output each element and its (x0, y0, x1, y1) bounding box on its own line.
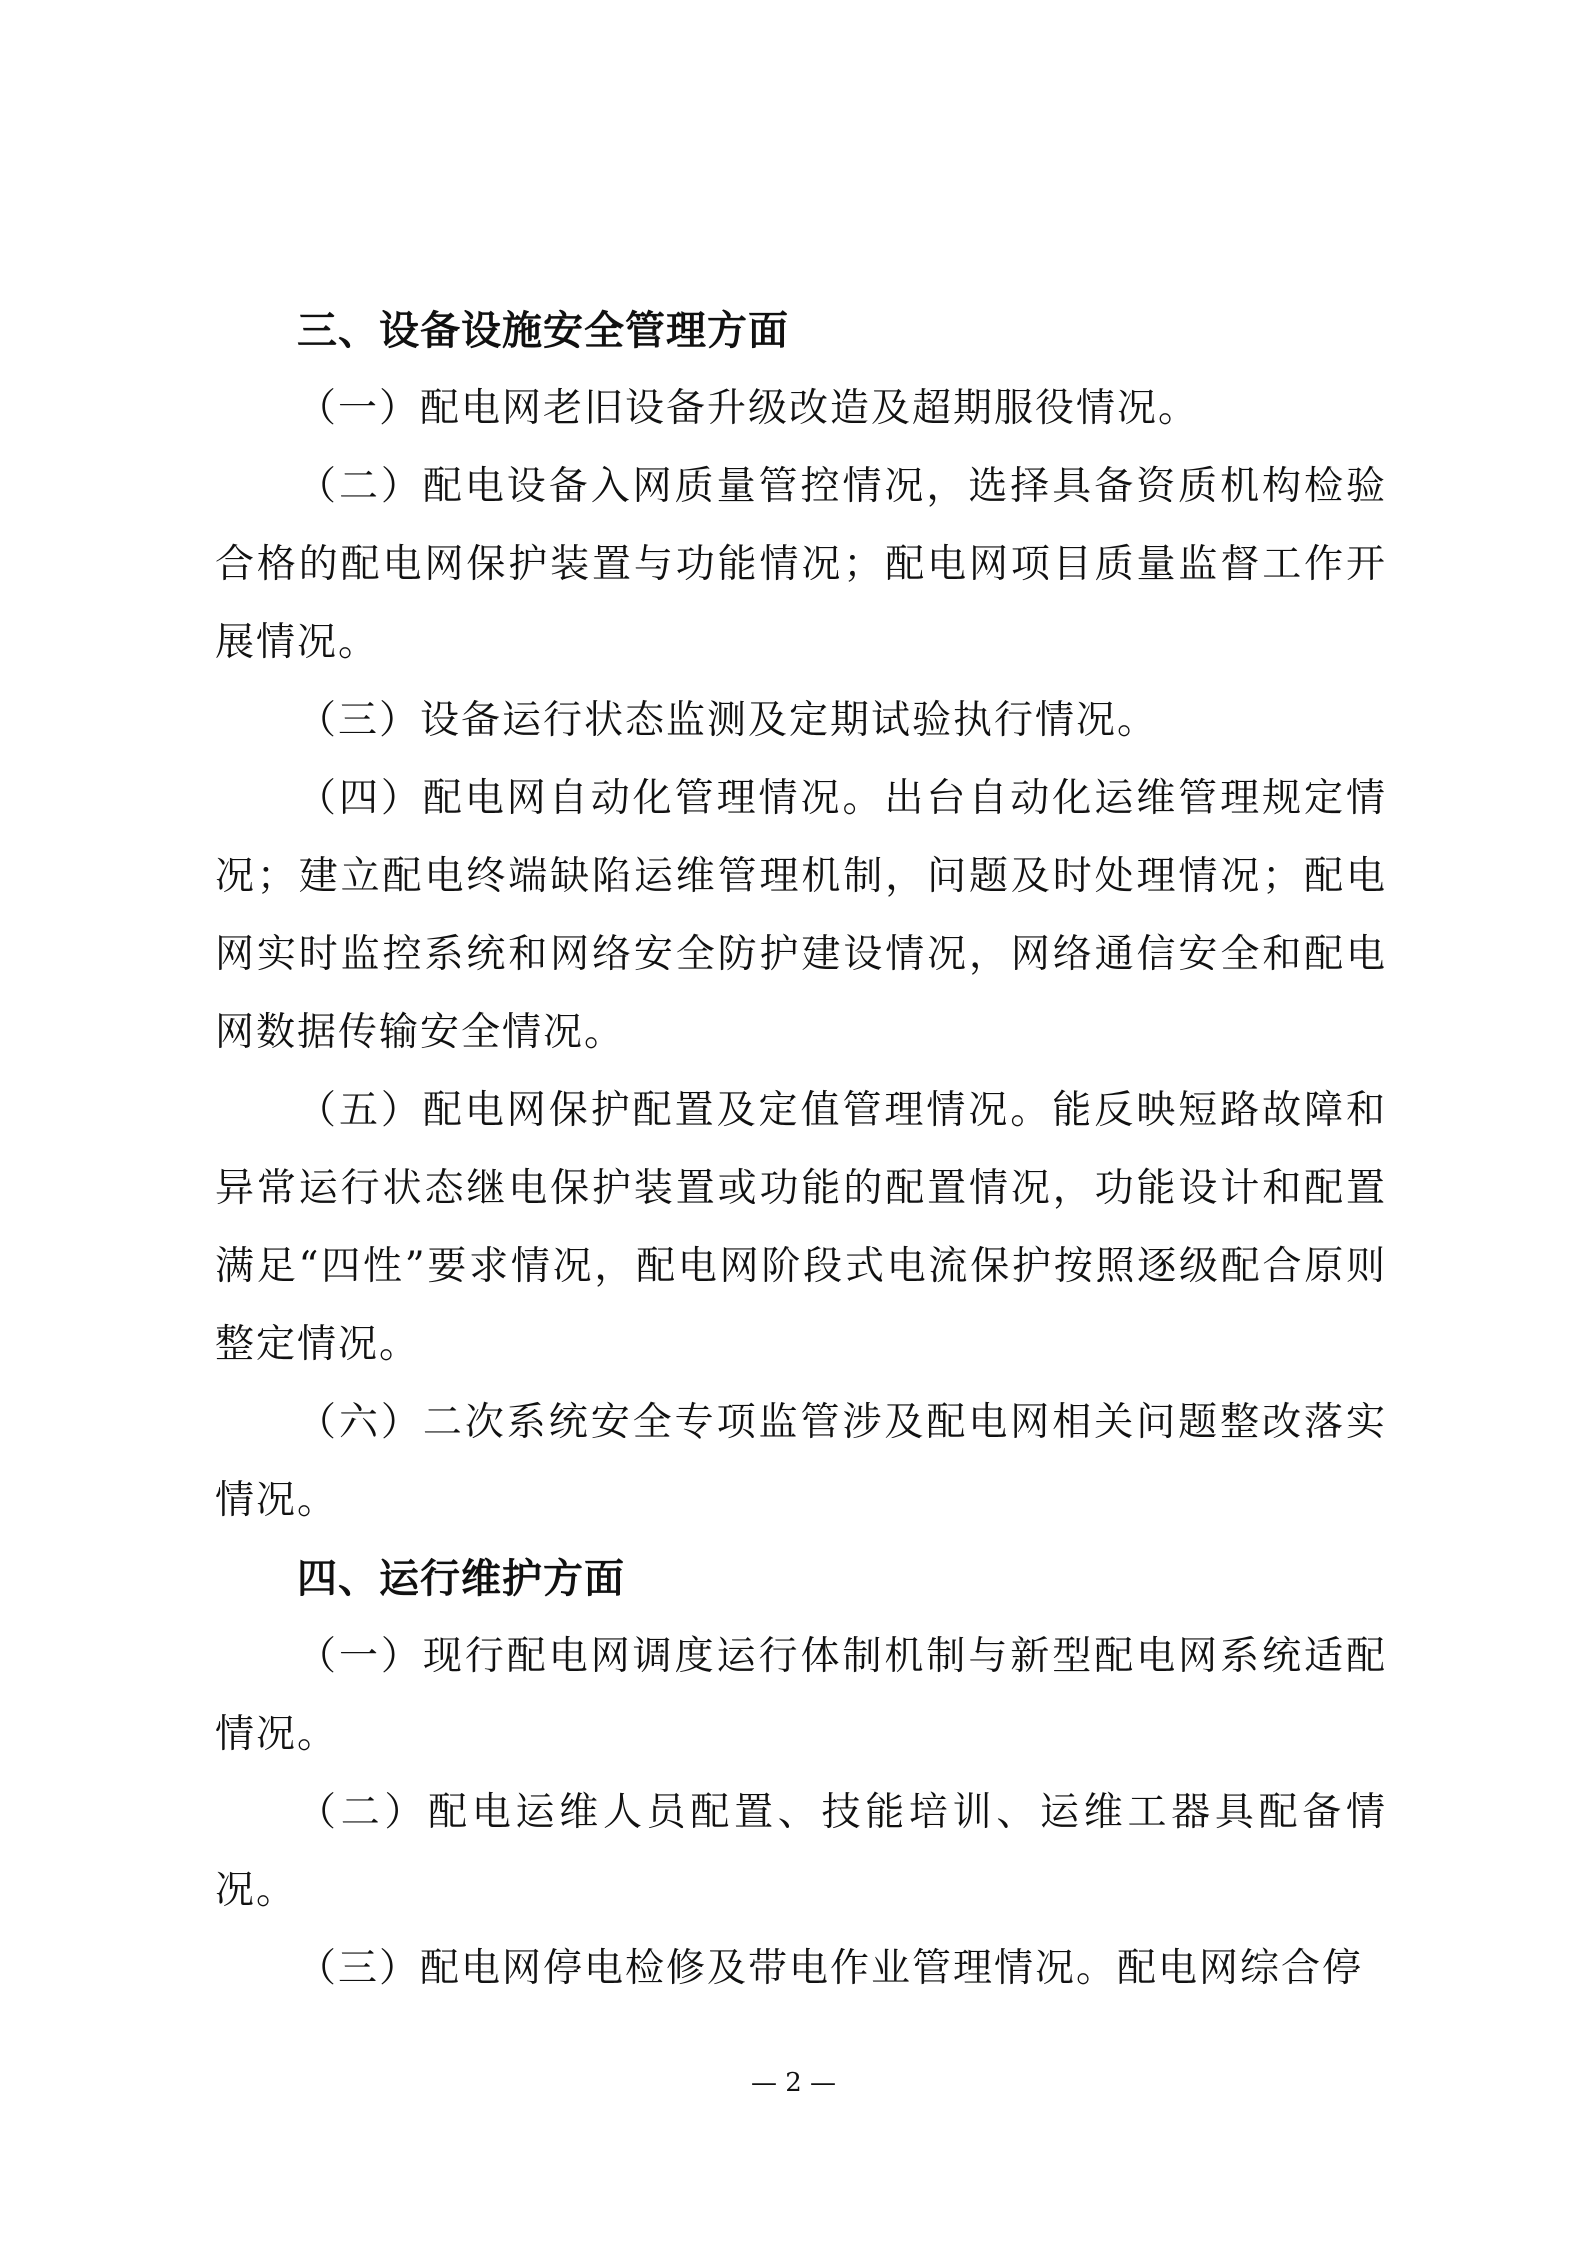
document-page: 三、设备设施安全管理方面 （一）配电网老旧设备升级改造及超期服役情况。 （二）配… (215, 292, 1387, 2008)
paragraph-item-5: （五）配电网保护配置及定值管理情况。能反映短路故障和异常运行状态继电保护装置或功… (215, 1072, 1387, 1384)
paragraph-item-2: （二）配电设备入网质量管控情况，选择具备资质机构检验合格的配电网保护装置与功能情… (215, 448, 1387, 682)
paragraph-item-2: （二）配电运维人员配置、技能培训、运维工器具配备情况。 (215, 1774, 1387, 1930)
section-heading-operation-maintenance: 四、运行维护方面 (215, 1540, 1387, 1618)
paragraph-item-3: （三）配电网停电检修及带电作业管理情况。配电网综合停 (215, 1930, 1387, 2008)
section-heading-equipment-safety: 三、设备设施安全管理方面 (215, 292, 1387, 370)
paragraph-item-1: （一）配电网老旧设备升级改造及超期服役情况。 (215, 370, 1387, 448)
paragraph-item-4: （四）配电网自动化管理情况。出台自动化运维管理规定情况；建立配电终端缺陷运维管理… (215, 760, 1387, 1072)
paragraph-item-6: （六）二次系统安全专项监管涉及配电网相关问题整改落实情况。 (215, 1384, 1387, 1540)
paragraph-item-1: （一）现行配电网调度运行体制机制与新型配电网系统适配情况。 (215, 1618, 1387, 1774)
paragraph-item-3: （三）设备运行状态监测及定期试验执行情况。 (215, 682, 1387, 760)
page-number: — 2 — (0, 2068, 1587, 2098)
